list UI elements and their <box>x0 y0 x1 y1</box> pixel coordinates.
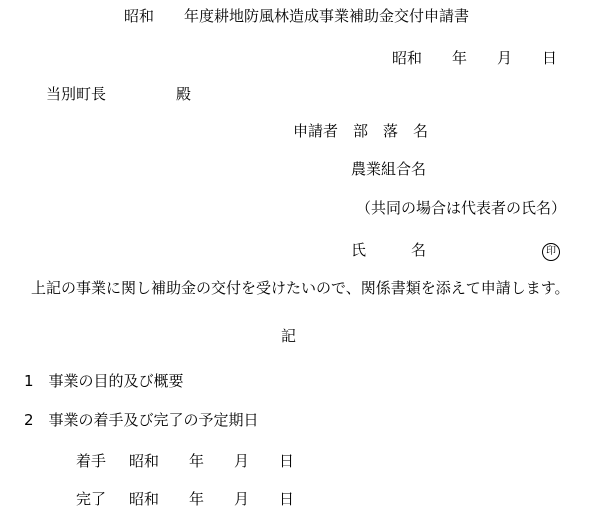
schedule-start-date-blank: 昭和 年 月 日 <box>129 452 294 470</box>
form-title: 昭和 年度耕地防風林造成事業補助金交付申請書 <box>124 7 469 26</box>
schedule-end-label: 完了 <box>76 490 106 508</box>
applicant-name-label: 氏 名 <box>351 241 426 260</box>
seal-character: 印 <box>546 247 556 257</box>
addressee-honorific: 殿 <box>176 85 191 103</box>
item-2-number: 2 <box>24 411 34 429</box>
body-sentence: 上記の事業に関し補助金の交付を受けたいので、関係書類を添えて申請します。 <box>31 279 570 298</box>
schedule-start-label: 着手 <box>76 452 106 470</box>
applicant-farm-union-name-label: 農業組合名 <box>351 160 426 179</box>
addressee-line: 当別町長殿 <box>46 85 191 104</box>
applicant-joint-note: （共同の場合は代表者の氏名） <box>356 199 566 218</box>
application-form-document: 昭和 年度耕地防風林造成事業補助金交付申請書 昭和 年 月 日 当別町長殿 申請… <box>0 0 590 524</box>
schedule-end-date-blank: 昭和 年 月 日 <box>129 490 294 508</box>
item-1-number: 1 <box>24 372 34 390</box>
applicant-hamlet-name-label: 申請者 部 落 名 <box>293 122 428 141</box>
item-2-text: 事業の着手及び完了の予定期日 <box>49 411 259 429</box>
date-blank-line: 昭和 年 月 日 <box>392 49 557 68</box>
item-1-text: 事業の目的及び概要 <box>49 372 184 390</box>
list-item-1: 1事業の目的及び概要 <box>24 372 184 391</box>
seal-icon: 印 <box>542 243 560 261</box>
list-item-2: 2事業の着手及び完了の予定期日 <box>24 411 259 430</box>
schedule-end-row: 完了昭和 年 月 日 <box>76 490 294 509</box>
addressee: 当別町長 <box>46 85 106 103</box>
schedule-start-row: 着手昭和 年 月 日 <box>76 452 294 471</box>
section-heading: 記 <box>281 327 296 346</box>
